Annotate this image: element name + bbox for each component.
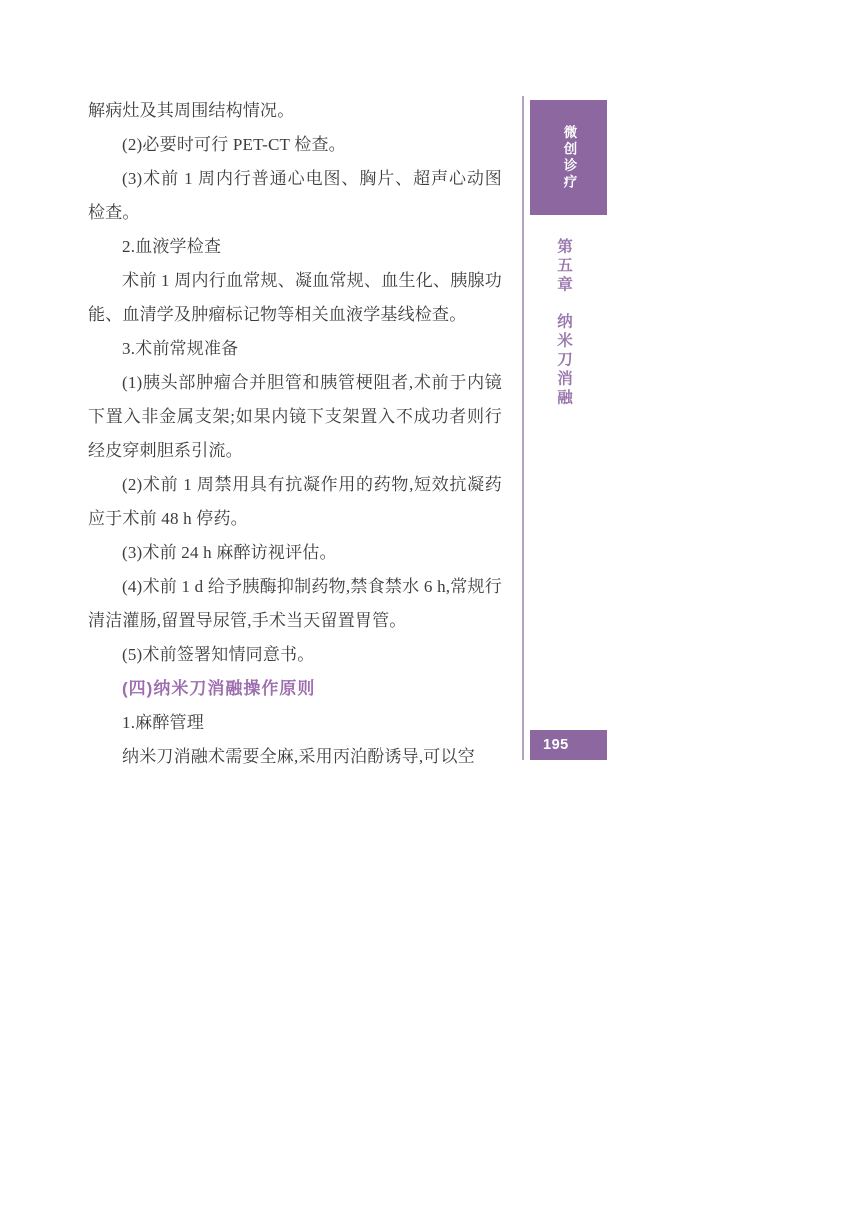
section-heading: (四)纳米刀消融操作原则 (88, 672, 502, 706)
paragraph: (2)术前 1 周禁用具有抗凝作用的药物,短效抗凝药应于术前 48 h 停药。 (88, 468, 502, 536)
chapter-title-label: 纳米刀消融 (555, 313, 572, 408)
sidebar-divider-line (522, 96, 524, 760)
paragraph: (2)必要时可行 PET-CT 检查。 (88, 128, 502, 162)
sidebar-chapter-label: 第五章纳米刀消融 (552, 238, 574, 408)
paragraph: (3)术前 1 周内行普通心电图、胸片、超声心动图检查。 (88, 162, 502, 230)
book-page: 解病灶及其周围结构情况。 (2)必要时可行 PET-CT 检查。 (3)术前 1… (0, 0, 867, 1218)
book-title-vertical-label: 微创诊疗 (559, 125, 579, 191)
paragraph: 纳米刀消融术需要全麻,采用丙泊酚诱导,可以空 (88, 740, 502, 774)
paragraph: (3)术前 24 h 麻醉访视评估。 (88, 536, 502, 570)
sidebar-book-title-tab: 微创诊疗 (530, 100, 607, 215)
page-body-text: 解病灶及其周围结构情况。 (2)必要时可行 PET-CT 检查。 (3)术前 1… (88, 94, 502, 774)
paragraph: (4)术前 1 d 给予胰酶抑制药物,禁食禁水 6 h,常规行清洁灌肠,留置导尿… (88, 570, 502, 638)
chapter-number-label: 第五章 (555, 238, 572, 295)
subsection-label: 3.术前常规准备 (88, 332, 502, 366)
page-number-badge: 195 (530, 730, 607, 760)
subsection-label: 2.血液学检查 (88, 230, 502, 264)
paragraph: 术前 1 周内行血常规、凝血常规、血生化、胰腺功能、血清学及肿瘤标记物等相关血液… (88, 264, 502, 332)
subsection-label: 1.麻醉管理 (88, 706, 502, 740)
paragraph: 解病灶及其周围结构情况。 (88, 94, 502, 128)
paragraph: (1)胰头部肿瘤合并胆管和胰管梗阻者,术前于内镜下置入非金属支架;如果内镜下支架… (88, 366, 502, 468)
page-number: 195 (543, 737, 569, 753)
paragraph: (5)术前签署知情同意书。 (88, 638, 502, 672)
